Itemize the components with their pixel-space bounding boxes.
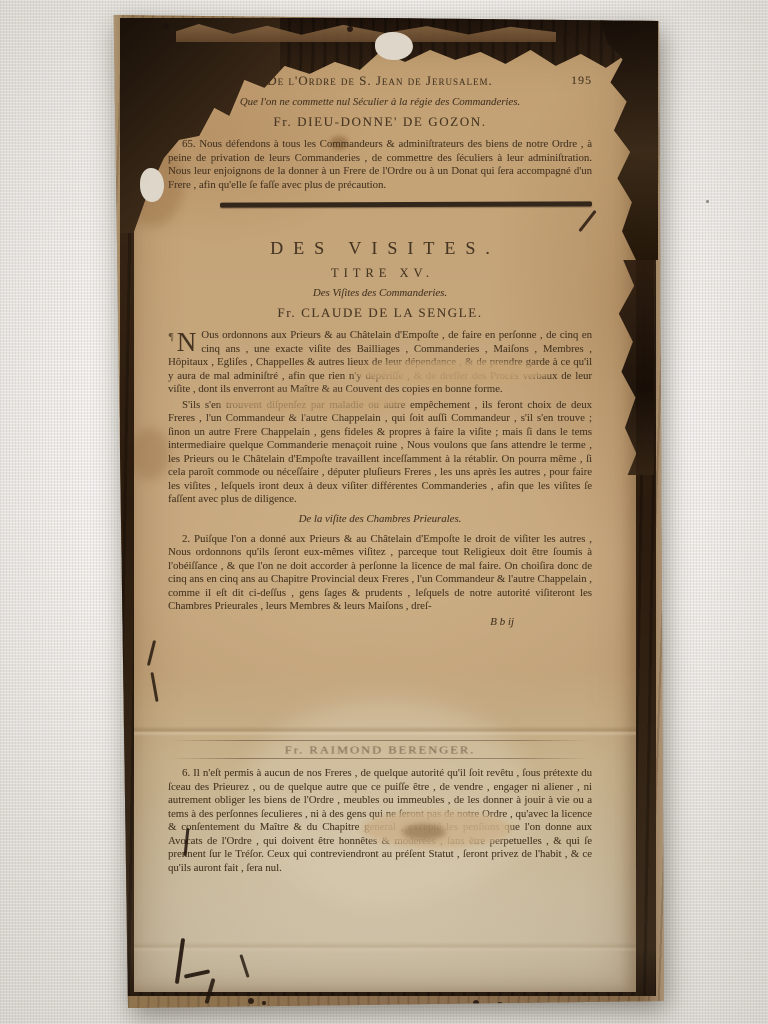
nail-hole [497, 1002, 503, 1008]
drop-cap: N [177, 331, 197, 354]
text-block-visites: DES VISITES. TITRE XV. Des Viſites des C… [168, 238, 592, 628]
nail-hole [248, 998, 254, 1004]
section-rubric: Des Viſites des Commanderies. [168, 287, 592, 299]
running-header: De l'Ordre de S. Jean de Jerusalem. [267, 73, 492, 88]
paper-seam [134, 726, 636, 736]
faded-heading: Fr. RAIMOND BERENGER. [168, 744, 592, 757]
section-subtitle: TITRE XV. [168, 266, 592, 281]
page-number: 195 [571, 73, 592, 88]
paragraph-65: 65. Nous défendons à tous les Commandeur… [168, 138, 592, 192]
paragraph-2-numbered: 2. Puiſque l'on a donné aux Prieurs & au… [168, 533, 592, 614]
chambres-rubric: De la viſite des Chambres Prieurales. [168, 513, 592, 525]
wooden-board: De l'Ordre de S. Jean de Jerusalem. 195 … [112, 10, 664, 1008]
plaster-chip [375, 32, 413, 60]
text-block-bottom: Fr. RAIMOND BERENGER. 6. Il n'eſt permis… [168, 740, 592, 875]
nail-hole [163, 23, 169, 29]
paper-crease-bottom [134, 942, 636, 952]
signature-mark: B b ij [168, 616, 592, 628]
paragraph-1-text: Ous ordonnons aux Prieurs & au Châtelain… [168, 329, 592, 395]
grand-master-name: Fr. DIEU-DONNE' DE GOZON. [168, 114, 592, 130]
water-stain [130, 428, 170, 480]
over-text-smudge [218, 392, 408, 414]
section-title: DES VISITES. [168, 238, 592, 259]
nail-hole [473, 1000, 479, 1006]
printers-rule [220, 201, 592, 207]
grand-master-name: Fr. CLAUDE DE LA SENGLE. [168, 305, 592, 321]
document-page: De l'Ordre de S. Jean de Jerusalem. 195 … [134, 40, 636, 992]
plaster-chip [140, 168, 164, 202]
photo-background: De l'Ordre de S. Jean de Jerusalem. 195 … [0, 0, 768, 1024]
over-text-smudge [402, 824, 446, 840]
crease-line [168, 740, 592, 741]
paragraph-mark: ¶ [168, 331, 174, 345]
crease-line [168, 758, 592, 759]
paragraph-2: S'ils s'en trouvent diſpenſez par maladi… [168, 399, 592, 507]
over-text-smudge [352, 360, 552, 384]
fabric-speck [706, 200, 709, 203]
nail-hole [262, 1001, 266, 1005]
nail-hole [347, 26, 353, 32]
board-shadow-wrap: De l'Ordre de S. Jean de Jerusalem. 195 … [112, 10, 664, 1008]
